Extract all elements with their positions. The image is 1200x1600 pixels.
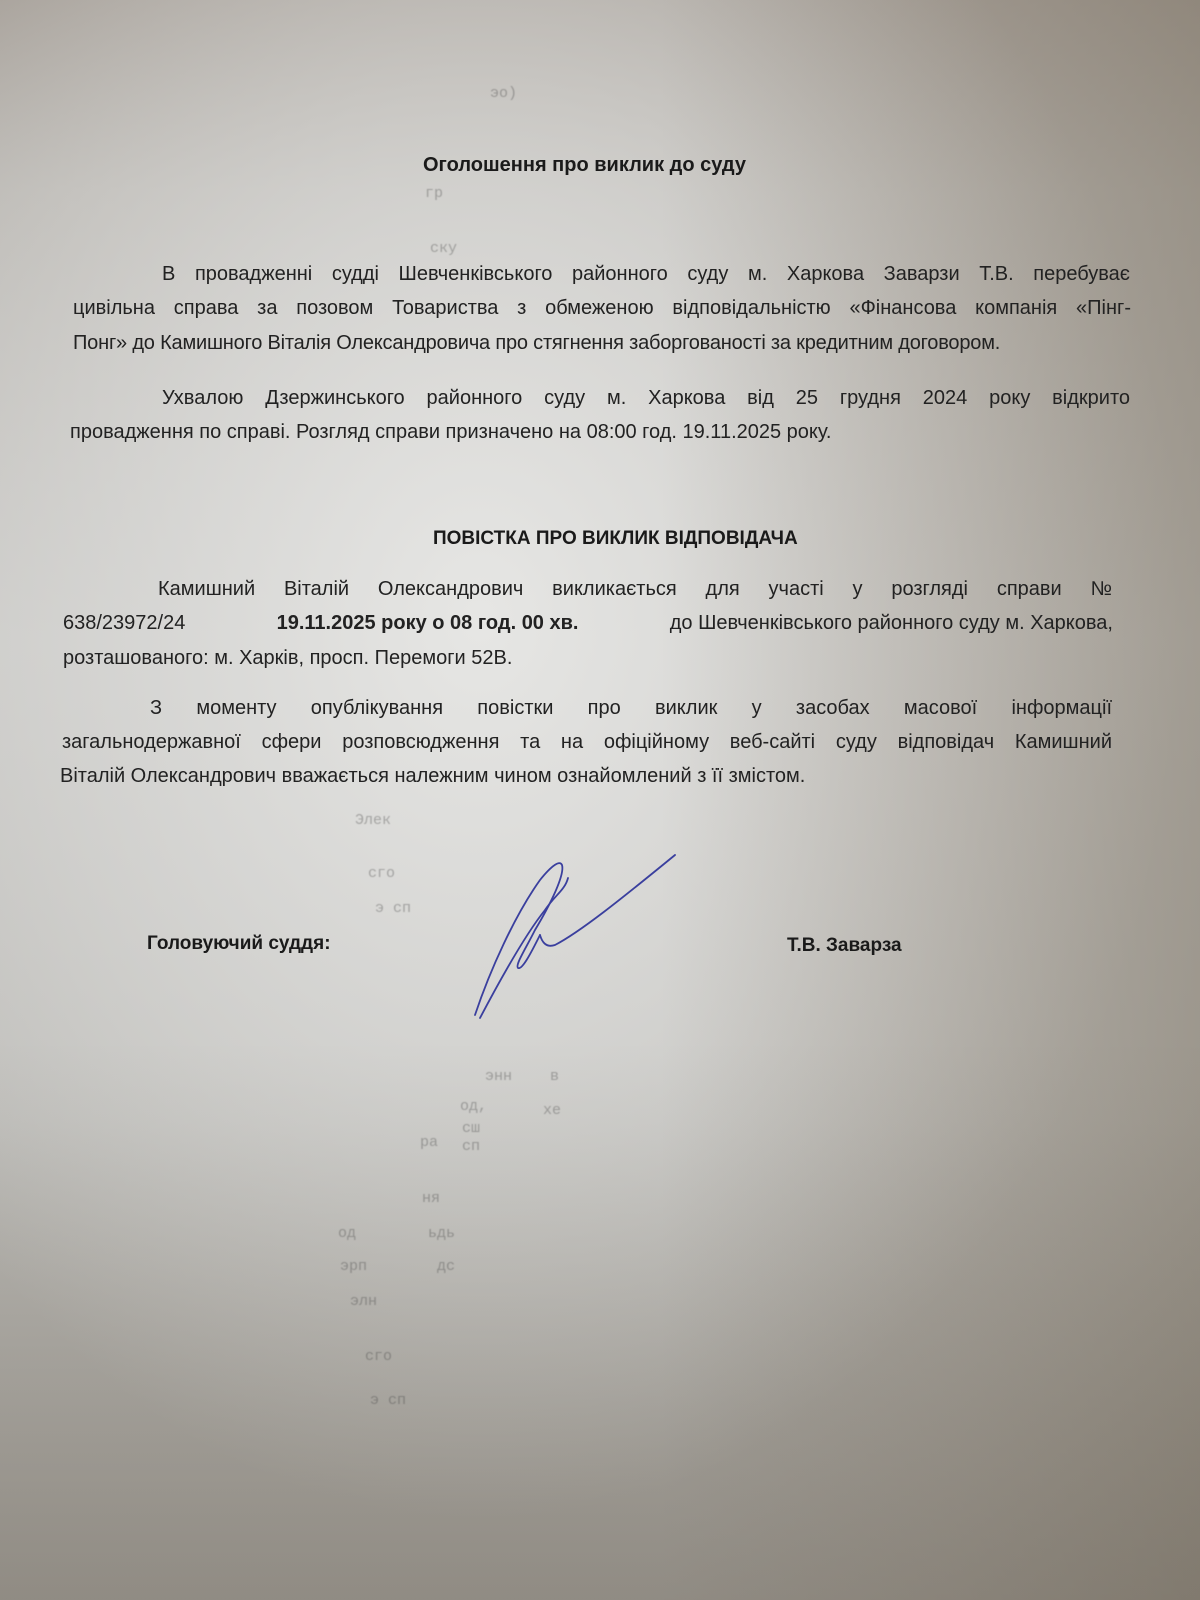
ghost-fragment: гр [425, 185, 443, 202]
case-number: 638/23972/24 [63, 612, 185, 635]
paragraph-line: Понг» до Камишного Віталія Олександрович… [73, 332, 1131, 355]
ghost-fragment: од [338, 1225, 356, 1242]
paragraph-line: В провадженні судді Шевченківського райо… [162, 263, 1130, 286]
court-address: розташованого: м. Харків, просп. Перемог… [63, 647, 563, 670]
ghost-fragment: эрп [340, 1258, 367, 1275]
ghost-fragment: э сп [370, 1392, 406, 1409]
paragraph-line: цивільна справа за позовом Товариства з … [73, 297, 1131, 320]
ghost-fragment: в [550, 1068, 559, 1085]
presiding-judge-label: Головуючий суддя: [147, 933, 331, 955]
ghost-fragment: энн [485, 1068, 512, 1085]
ghost-fragment: сго [368, 865, 395, 882]
ghost-fragment: ьдь [428, 1225, 455, 1242]
ghost-fragment: эо) [490, 85, 517, 102]
ghost-fragment: од, [460, 1098, 487, 1115]
paragraph-line: 638/23972/24 19.11.2025 року о 08 год. 0… [63, 612, 1113, 635]
paragraph-line: Камишний Віталій Олександрович викликаєт… [158, 578, 1112, 601]
announcement-title: Оголошення про виклик до суду [423, 154, 746, 177]
paper-shadow-right [0, 0, 1200, 1600]
paper-shadow-bottom [0, 0, 1200, 1600]
paragraph-line: Ухвалою Дзержинського районного суду м. … [162, 387, 1130, 410]
summons-title: ПОВІСТКА ПРО ВИКЛИК ВІДПОВІДАЧА [433, 528, 798, 550]
paragraph-line: Віталій Олександрович вважається належни… [60, 765, 960, 788]
hearing-datetime: 19.11.2025 року о 08 год. 00 хв. [277, 612, 579, 635]
ghost-fragment: сш [462, 1120, 480, 1137]
signature-icon [470, 820, 690, 1020]
ghost-fragment: сго [365, 1348, 392, 1365]
paragraph-line: провадження по справі. Розгляд справи пр… [70, 421, 910, 444]
ghost-fragment: ра [420, 1134, 438, 1151]
ghost-fragment: хе [543, 1102, 561, 1119]
ghost-fragment: ску [430, 240, 457, 257]
ghost-fragment: э сп [375, 900, 411, 917]
paragraph-line: загальнодержавної сфери розповсюдження т… [62, 731, 1112, 754]
ghost-fragment: ня [422, 1190, 440, 1207]
court-destination: до Шевченківського районного суду м. Хар… [670, 612, 1113, 635]
ghost-fragment: сп [462, 1138, 480, 1155]
paragraph-line: З моменту опублікування повістки про вик… [150, 697, 1112, 720]
judge-name: Т.В. Заварза [787, 935, 902, 957]
ghost-fragment: дс [437, 1258, 455, 1275]
ghost-fragment: элн [350, 1293, 377, 1310]
ghost-fragment: Элек [355, 812, 391, 829]
